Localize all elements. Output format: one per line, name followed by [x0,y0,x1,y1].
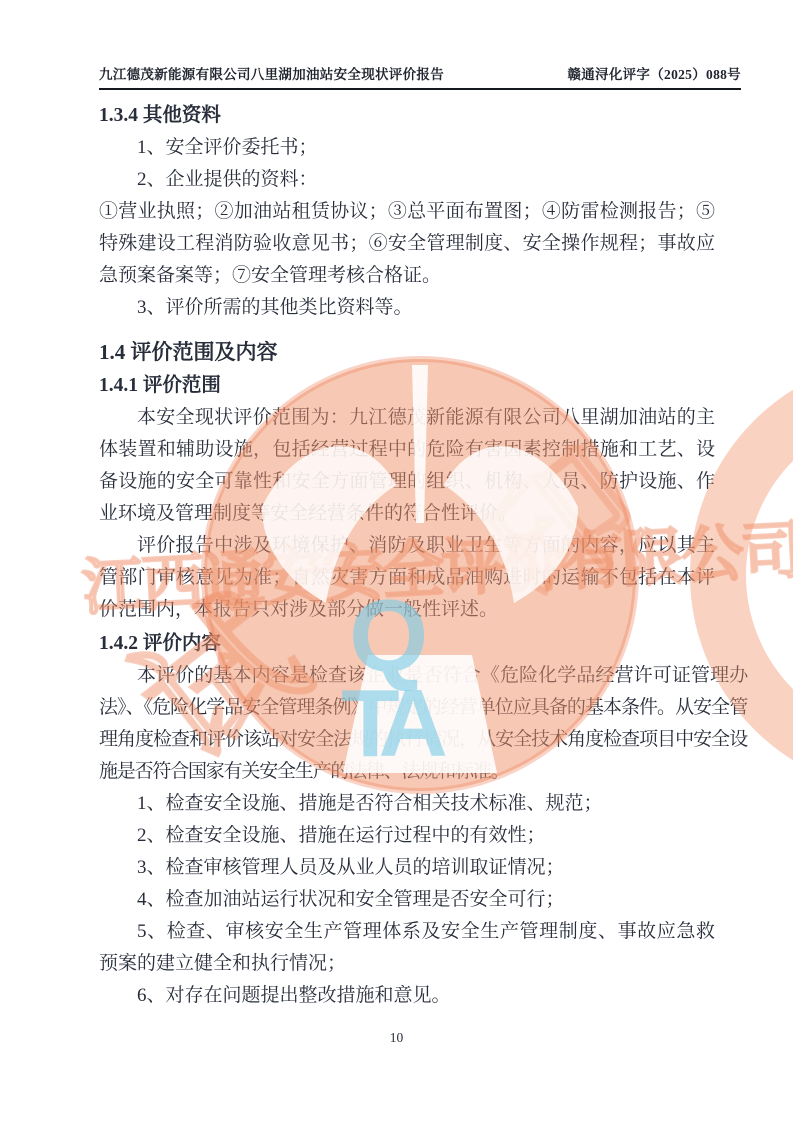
list-item: 6、对存在问题提出整改措施和意见。 [99,980,715,1012]
list-item: 4、检查加油站运行状况和安全管理是否安全可行； [99,884,715,916]
document-body: 1.3.4 其他资料1、安全评价委托书；2、企业提供的资料：①营业执照；②加油站… [99,98,715,1012]
paragraph: ①营业执照；②加油站租赁协议；③总平面布置图；④防雷检测报告；⑤特殊建设工程消防… [99,196,715,292]
list-item: 5、检查、审核安全生产管理体系及安全生产管理制度、事故应急救预案的建立健全和执行… [99,916,715,980]
paragraph: 本评价的基本内容是检查该企业是否符合《危险化学品经营许可证管理办法》、《危险化学… [99,660,747,788]
list-item: 1、检查安全设施、措施是否符合相关技术标准、规范； [99,788,715,820]
document-page: 九江德茂新能源有限公司八里湖加油站安全现状评价报告 赣通浔化评字（2025）08… [0,0,793,1122]
section-heading: 1.4 评价范围及内容 [99,336,715,368]
list-item: 3、评价所需的其他类比资料等。 [99,292,715,324]
page-footer: 10 [0,1030,793,1046]
header-rule [99,88,741,90]
subsection-heading: 1.4.1 评价范围 [99,370,715,402]
subsection-heading: 1.3.4 其他资料 [99,100,715,132]
list-item: 2、企业提供的资料： [99,164,715,196]
list-item: 3、检查审核管理人员及从业人员的培训取证情况； [99,852,715,884]
header-doc-number: 赣通浔化评字（2025）088号 [567,63,741,83]
paragraph: 评价报告中涉及环境保护、消防及职业卫生等方面的内容，应以其主管部门审核意见为准；… [99,530,715,626]
subsection-heading: 1.4.2 评价内容 [99,628,715,660]
list-item: 1、安全评价委托书； [99,132,715,164]
header-report-title: 九江德茂新能源有限公司八里湖加油站安全现状评价报告 [99,63,444,83]
page-number: 10 [390,1030,404,1045]
list-item: 2、检查安全设施、措施在运行过程中的有效性； [99,820,715,852]
paragraph: 本安全现状评价范围为：九江德茂新能源有限公司八里湖加油站的主体装置和辅助设施，包… [99,402,715,530]
page-header: 九江德茂新能源有限公司八里湖加油站安全现状评价报告 赣通浔化评字（2025）08… [99,63,741,83]
